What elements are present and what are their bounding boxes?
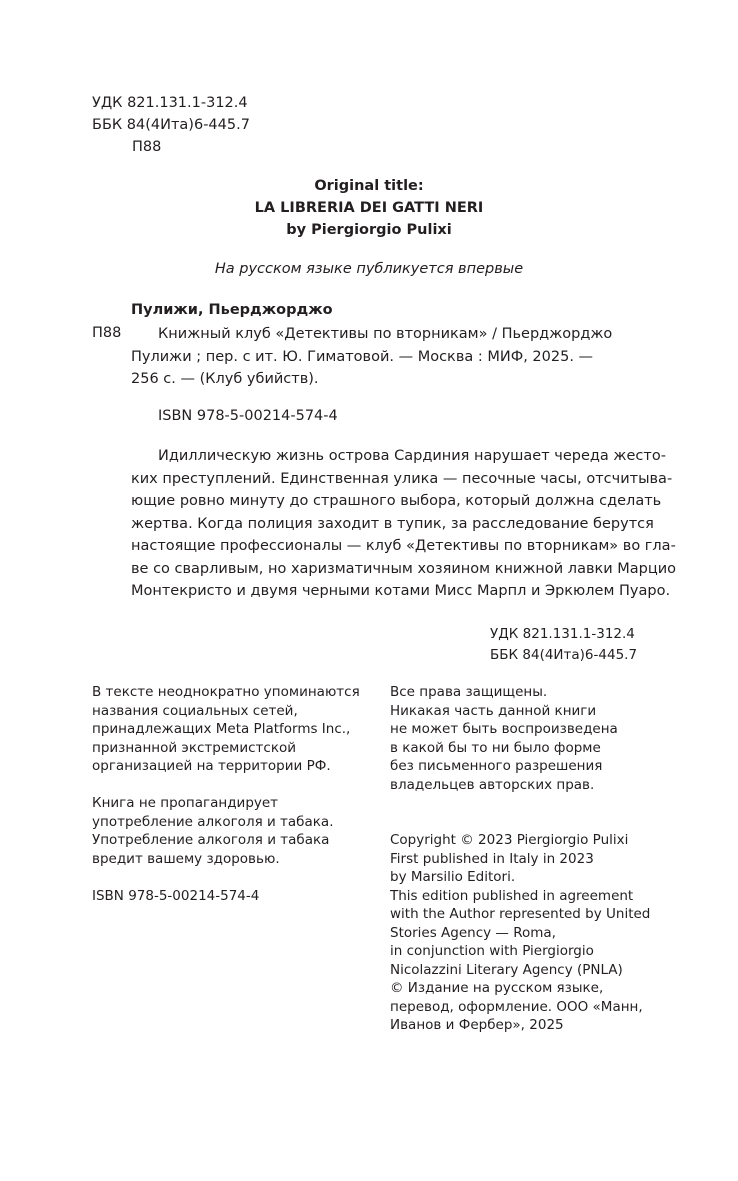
copyright-line: Stories Agency — Roma,: [390, 924, 690, 943]
classification-codes-bottom: УДК 821.131.1-312.4 ББК 84(4Ита)6-445.7: [490, 624, 637, 665]
udk-code: УДК 821.131.1-312.4: [92, 92, 250, 114]
notice-line: Никакая часть данной книги: [390, 702, 690, 721]
copyright-notice: Copyright © 2023 Piergiorgio Pulixi Firs…: [390, 831, 690, 1035]
original-title: LA LIBRERIA DEI GATTI NERI: [0, 197, 738, 219]
original-author: by Piergiorgio Pulixi: [0, 219, 738, 241]
annotation: Идиллическую жизнь острова Сардиния нару…: [131, 445, 645, 603]
annotation-line: Монтекристо и двумя черными котами Мисс …: [131, 580, 645, 603]
author-sign-record: П88: [92, 323, 121, 343]
notice-line: владельцев авторских прав.: [390, 776, 690, 795]
bbk-code: ББК 84(4Ита)6-445.7: [92, 114, 250, 136]
notice-line: Употребление алкоголя и табака: [92, 831, 372, 850]
copyright-line: © Издание на русском языке,: [390, 979, 690, 998]
annotation-line: ве со сварливым, но харизматичным хозяин…: [131, 558, 645, 581]
copyright-line: Иванов и Фербер», 2025: [390, 1016, 690, 1035]
classification-codes-top: УДК 821.131.1-312.4 ББК 84(4Ита)6-445.7 …: [92, 92, 250, 158]
notice-line: В тексте неоднократно упоминаются: [92, 683, 372, 702]
copyright-line: Copyright © 2023 Piergiorgio Pulixi: [390, 831, 690, 850]
notice-line: принадлежащих Meta Platforms Inc.,: [92, 720, 372, 739]
copyright-line: by Marsilio Editori.: [390, 868, 690, 887]
spacer: [92, 868, 372, 887]
isbn-record: ISBN 978-5-00214-574-4: [158, 406, 338, 426]
notice-line: названия социальных сетей,: [92, 702, 372, 721]
right-notice-column: Все права защищены. Никакая часть данной…: [390, 683, 690, 1035]
copyright-line: First published in Italy in 2023: [390, 850, 690, 869]
copyright-line: перевод, оформление. ООО «Манн,: [390, 998, 690, 1017]
first-publication-note: На русском языке публикуется впервые: [0, 259, 738, 279]
left-notice-column: В тексте неоднократно упоминаются назван…: [92, 683, 372, 905]
biblio-line: 256 с. — (Клуб убийств).: [131, 368, 645, 391]
original-title-block: Original title: LA LIBRERIA DEI GATTI NE…: [0, 175, 738, 241]
health-notice: Книга не пропагандирует употребление алк…: [92, 794, 372, 868]
notice-line: в какой бы то ни было форме: [390, 739, 690, 758]
notice-line: употребление алкоголя и табака.: [92, 813, 372, 832]
annotation-line: настоящие профессионалы — клуб «Детектив…: [131, 535, 645, 558]
original-title-label: Original title:: [0, 175, 738, 197]
spacer: [92, 776, 372, 795]
author-sign: П88: [92, 136, 250, 158]
copyright-line: with the Author represented by United: [390, 905, 690, 924]
spacer: [390, 813, 690, 832]
annotation-line: жертва. Когда полиция заходит в тупик, з…: [131, 513, 645, 536]
notice-line: организацией на территории РФ.: [92, 757, 372, 776]
bbk-code: ББК 84(4Ита)6-445.7: [490, 645, 637, 666]
annotation-line: ющие ровно минуту до страшного выбора, к…: [131, 490, 645, 513]
notice-line: Книга не пропагандирует: [92, 794, 372, 813]
biblio-line: Пулижи ; пер. с ит. Ю. Гиматовой. — Моск…: [131, 346, 645, 369]
isbn-footer: ISBN 978-5-00214-574-4: [92, 887, 372, 906]
rights-notice: Все права защищены. Никакая часть данной…: [390, 683, 690, 794]
copyright-line: in conjunction with Piergiorgio: [390, 942, 690, 961]
notice-line: не может быть воспроизведена: [390, 720, 690, 739]
copyright-line: This edition published in agreement: [390, 887, 690, 906]
notice-line: признанной экстремистской: [92, 739, 372, 758]
annotation-line: Идиллическую жизнь острова Сардиния нару…: [131, 445, 645, 468]
copyright-line: Nicolazzini Literary Agency (PNLA): [390, 961, 690, 980]
spacer: [390, 794, 690, 813]
author-heading: Пулижи, Пьерджорджо: [131, 300, 333, 320]
notice-line: вредит вашему здоровью.: [92, 850, 372, 869]
notice-line: без письменного разрешения: [390, 757, 690, 776]
social-networks-notice: В тексте неоднократно упоминаются назван…: [92, 683, 372, 776]
biblio-line: Книжный клуб «Детективы по вторникам» / …: [131, 323, 645, 346]
bibliographic-description: Книжный клуб «Детективы по вторникам» / …: [131, 323, 645, 391]
notice-line: Все права защищены.: [390, 683, 690, 702]
udk-code: УДК 821.131.1-312.4: [490, 624, 637, 645]
annotation-line: ких преступлений. Единственная улика — п…: [131, 468, 645, 491]
